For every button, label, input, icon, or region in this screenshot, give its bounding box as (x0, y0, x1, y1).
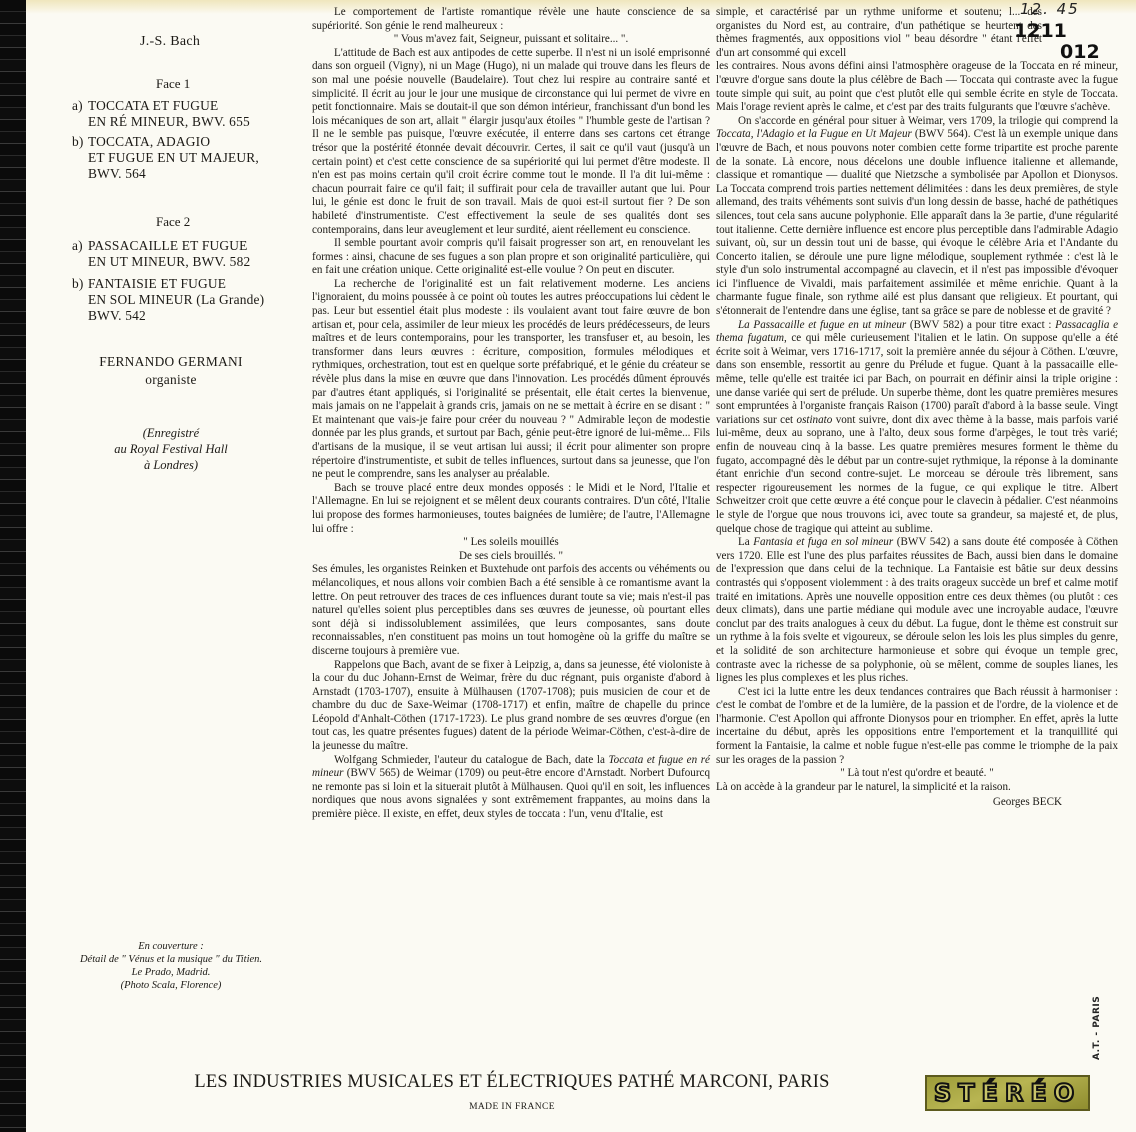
paragraph: Rappelons que Bach, avant de se fixer à … (312, 659, 710, 754)
track-title-line: FANTAISIE ET FUGUE (88, 276, 226, 291)
track-marker: b) (72, 134, 88, 150)
paragraph: Ses émules, les organistes Reinken et Bu… (312, 563, 710, 658)
work-title: Toccata, l'Adagio et la Fugue en Ut Maje… (716, 128, 912, 140)
performer-role: organiste (26, 371, 316, 389)
paragraph: C'est ici la lutte entre les deux tendan… (716, 686, 1118, 768)
track-marker: b) (72, 276, 88, 292)
paragraph: La recherche de l'originalité est un fai… (312, 278, 710, 482)
cover-credit-line: Le Prado, Madrid. (26, 966, 316, 979)
track-title-line: EN RÉ MINEUR, BWV. 655 (72, 114, 250, 130)
performer-name: FERNANDO GERMANI (26, 353, 316, 371)
recording-location: (Enregistré au Royal Festival Hall à Lon… (26, 425, 316, 473)
paragraph: Wolfgang Schmieder, l'auteur du catalogu… (312, 754, 710, 822)
track-title-line: EN UT MINEUR, BWV. 582 (72, 254, 250, 270)
track-title-line: ET FUGUE EN UT MAJEUR, (72, 150, 259, 166)
paragraph: les contraires. Nous avons défini ainsi … (716, 60, 1118, 114)
stereo-badge: STÉRÉO (925, 1075, 1090, 1111)
cover-art-credit: En couverture : Détail de " Vénus et la … (26, 940, 316, 992)
liner-notes-column-1: Le comportement de l'artiste romantique … (312, 6, 710, 822)
text-run: vont suivre, dont dix avec thème à la ba… (716, 414, 1118, 535)
track-title-line: BWV. 542 (72, 308, 264, 324)
track-face2-b: b)FANTAISIE ET FUGUE EN SOL MINEUR (La G… (72, 276, 264, 324)
album-back-cover: J.-S. Bach Face 1 a)TOCCATA ET FUGUE EN … (26, 0, 1136, 1132)
track-title-line: BWV. 564 (72, 166, 259, 182)
paragraph: Bach se trouve placé entre deux mondes o… (312, 482, 710, 536)
track-title-line: TOCCATA, ADAGIO (88, 134, 210, 149)
track-face1-a: a)TOCCATA ET FUGUE EN RÉ MINEUR, BWV. 65… (72, 98, 250, 130)
track-marker: a) (72, 238, 88, 254)
paragraph: Le comportement de l'artiste romantique … (312, 6, 710, 33)
recording-line: à Londres) (26, 457, 316, 473)
handwritten-note: 12. 45 (1020, 0, 1080, 18)
quotation: " Là tout n'est qu'ordre et beauté. " (716, 767, 1118, 781)
text-run: (BWV 542) a sans doute été composée à Cö… (716, 536, 1118, 684)
text-run: La (738, 536, 753, 548)
recording-line: au Royal Festival Hall (26, 441, 316, 457)
text-run: (BWV 582) a pour titre exact : (906, 319, 1055, 331)
text-run: Wolfgang Schmieder, l'auteur du catalogu… (334, 754, 609, 766)
text-run: On s'accorde en général pour situer à We… (738, 115, 1118, 127)
paragraph: On s'accorde en général pour situer à We… (716, 115, 1118, 319)
paragraph: La Passacaille et fugue en ut mineur (BW… (716, 319, 1118, 537)
paragraph: La Fantasia et fuga en sol mineur (BWV 5… (716, 536, 1118, 686)
publisher-name: LES INDUSTRIES MUSICALES ET ÉLECTRIQUES … (122, 1072, 902, 1093)
catalogue-number-top: 1211 (1014, 20, 1067, 42)
face-1-label: Face 1 (156, 76, 190, 92)
paragraph: Il semble pourtant avoir compris qu'il f… (312, 237, 710, 278)
term: ostinato (797, 414, 833, 426)
paragraph: L'attitude de Bach est aux antipodes de … (312, 47, 710, 237)
recording-line: (Enregistré (26, 425, 316, 441)
composer-name: J.-S. Bach (140, 34, 200, 50)
stereo-badge-label: STÉRÉO (934, 1079, 1081, 1107)
track-title-line: PASSACAILLE ET FUGUE (88, 238, 248, 253)
cover-credit-line: Détail de " Vénus et la musique " du Tit… (26, 953, 316, 966)
cover-credit-line: En couverture : (26, 940, 316, 953)
track-title-line: TOCCATA ET FUGUE (88, 98, 218, 113)
work-title: Fantasia et fuga en sol mineur (753, 536, 893, 548)
quotation: " Vous m'avez fait, Seigneur, puissant e… (312, 33, 710, 47)
made-in-label: MADE IN FRANCE (122, 1102, 902, 1112)
quotation: De ses ciels brouillés. " (312, 550, 710, 564)
track-face1-b: b)TOCCATA, ADAGIO ET FUGUE EN UT MAJEUR,… (72, 134, 259, 182)
text-run: (BWV 564). C'est là un exemple unique da… (716, 128, 1118, 317)
catalogue-number-bottom: 012 (1060, 41, 1100, 63)
author-signature: Georges BECK (716, 796, 1118, 810)
quotation: " Les soleils mouillés (312, 536, 710, 550)
track-title-line: EN SOL MINEUR (La Grande) (72, 292, 264, 308)
track-marker: a) (72, 98, 88, 114)
face-2-label: Face 2 (156, 214, 190, 230)
liner-notes-column-2: simple, et caractérisé par un rythme uni… (716, 6, 1118, 810)
printer-credit: A.T. - PARIS (1092, 980, 1106, 1060)
paragraph: Là on accède à la grandeur par le nature… (716, 781, 1118, 795)
cover-credit-line: (Photo Scala, Florence) (26, 979, 316, 992)
sleeve-spine-edge (0, 0, 26, 1132)
work-title: La Passacaille et fugue en ut mineur (738, 319, 906, 331)
text-run: , ce qui mêle curieusement l'italien et … (716, 332, 1118, 426)
performer-block: FERNANDO GERMANI organiste (26, 353, 316, 389)
text-run: (BWV 565) de Weimar (1709) ou peut-être … (312, 767, 710, 820)
track-face2-a: a)PASSACAILLE ET FUGUE EN UT MINEUR, BWV… (72, 238, 250, 270)
